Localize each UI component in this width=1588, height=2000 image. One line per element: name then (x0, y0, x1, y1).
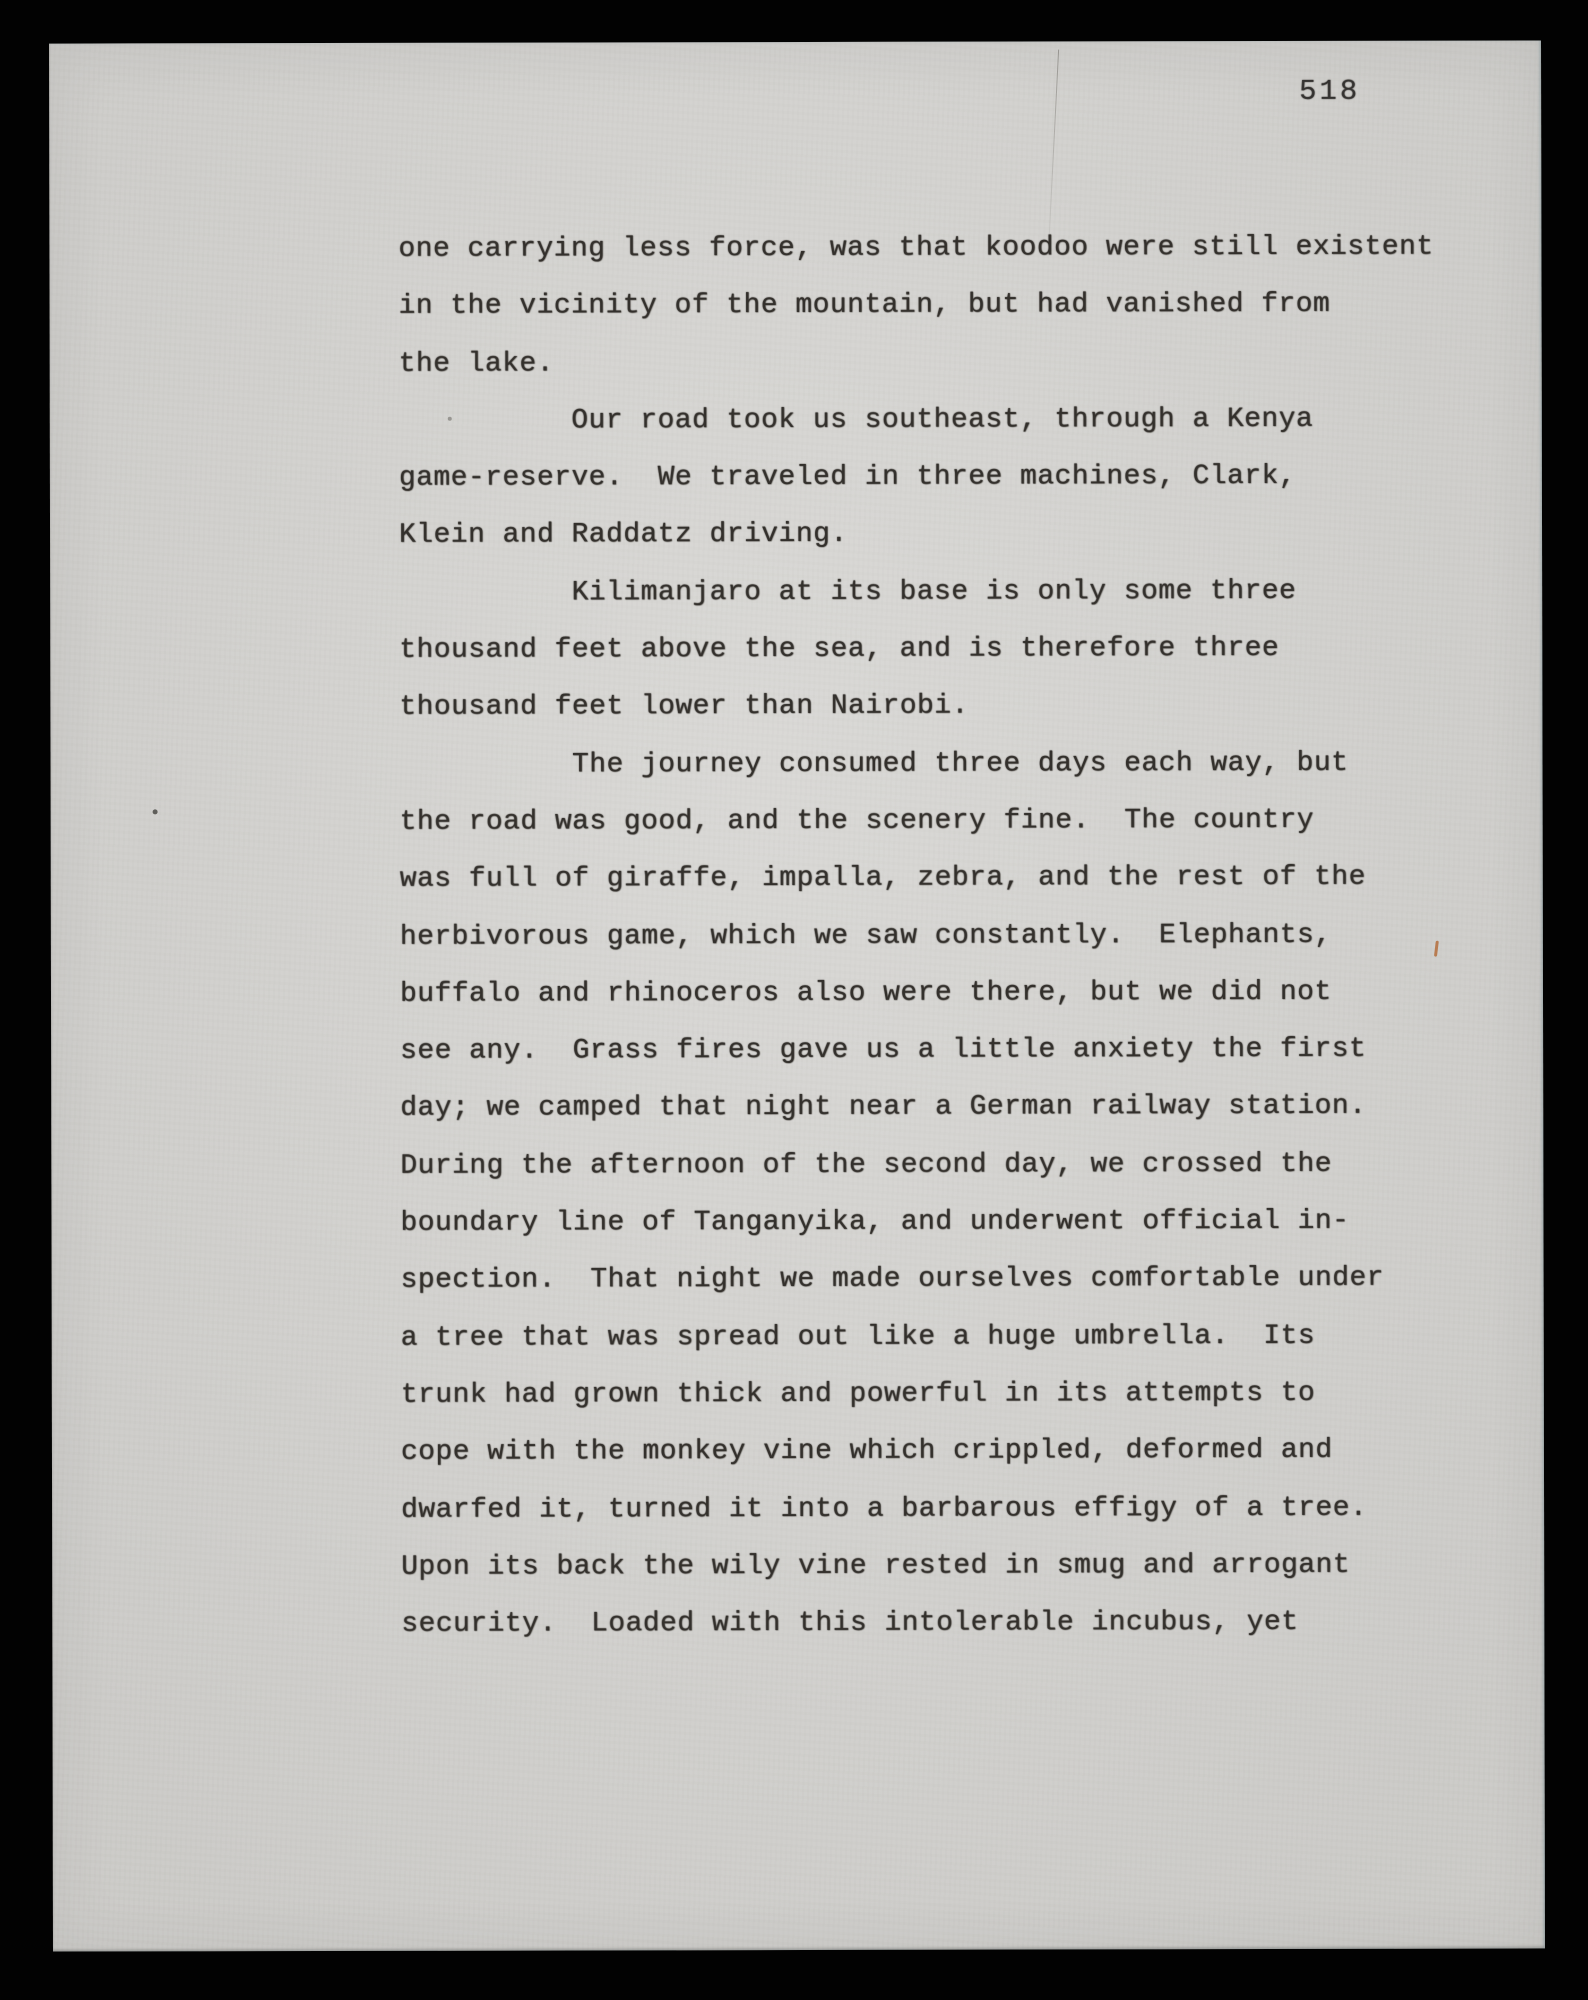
text-line: buffalo and rhinoceros also were there, … (400, 963, 1500, 1023)
text-line: Upon its back the wily vine rested in sm… (401, 1536, 1501, 1596)
text-line: The journey consumed three days each way… (399, 734, 1499, 794)
text-line: boundary line of Tanganyika, and underwe… (400, 1193, 1500, 1253)
text-line: cope with the monkey vine which crippled… (401, 1422, 1501, 1482)
text-line: game-reserve. We traveled in three machi… (399, 448, 1499, 508)
document-page: 518 one carrying less force, was that ko… (49, 40, 1545, 1951)
text-line: trunk had grown thick and powerful in it… (401, 1364, 1501, 1424)
text-line: the road was good, and the scenery fine.… (400, 791, 1500, 851)
ink-speck (448, 417, 452, 421)
text-line: Klein and Raddatz driving. (399, 505, 1499, 565)
text-line: security. Loaded with this intolerable i… (401, 1594, 1501, 1654)
text-line: a tree that was spread out like a huge u… (401, 1307, 1501, 1367)
scan-background: 518 one carrying less force, was that ko… (0, 0, 1588, 2000)
text-line: day; we camped that night near a German … (400, 1078, 1500, 1138)
text-line: dwarfed it, turned it into a barbarous e… (401, 1479, 1501, 1539)
text-line: Our road took us southeast, through a Ke… (399, 390, 1499, 450)
typewritten-text-block: one carrying less force, was that koodoo… (398, 219, 1501, 1654)
ink-speck (153, 809, 158, 814)
text-line: in the vicinity of the mountain, but had… (398, 276, 1498, 336)
text-line: Kilimanjaro at its base is only some thr… (399, 562, 1499, 622)
text-line: one carrying less force, was that koodoo… (398, 219, 1498, 279)
text-line: spection. That night we made ourselves c… (401, 1250, 1501, 1310)
page-number: 518 (1299, 75, 1360, 108)
scratch-mark (1048, 50, 1059, 245)
text-line: During the afternoon of the second day, … (400, 1135, 1500, 1195)
text-line: was full of giraffe, impalla, zebra, and… (400, 849, 1500, 909)
text-line: see any. Grass fires gave us a little an… (400, 1021, 1500, 1081)
text-line: the lake. (399, 333, 1499, 393)
text-line: thousand feet above the sea, and is ther… (399, 620, 1499, 680)
text-line: thousand feet lower than Nairobi. (399, 677, 1499, 737)
text-line: herbivorous game, which we saw constantl… (400, 906, 1500, 966)
